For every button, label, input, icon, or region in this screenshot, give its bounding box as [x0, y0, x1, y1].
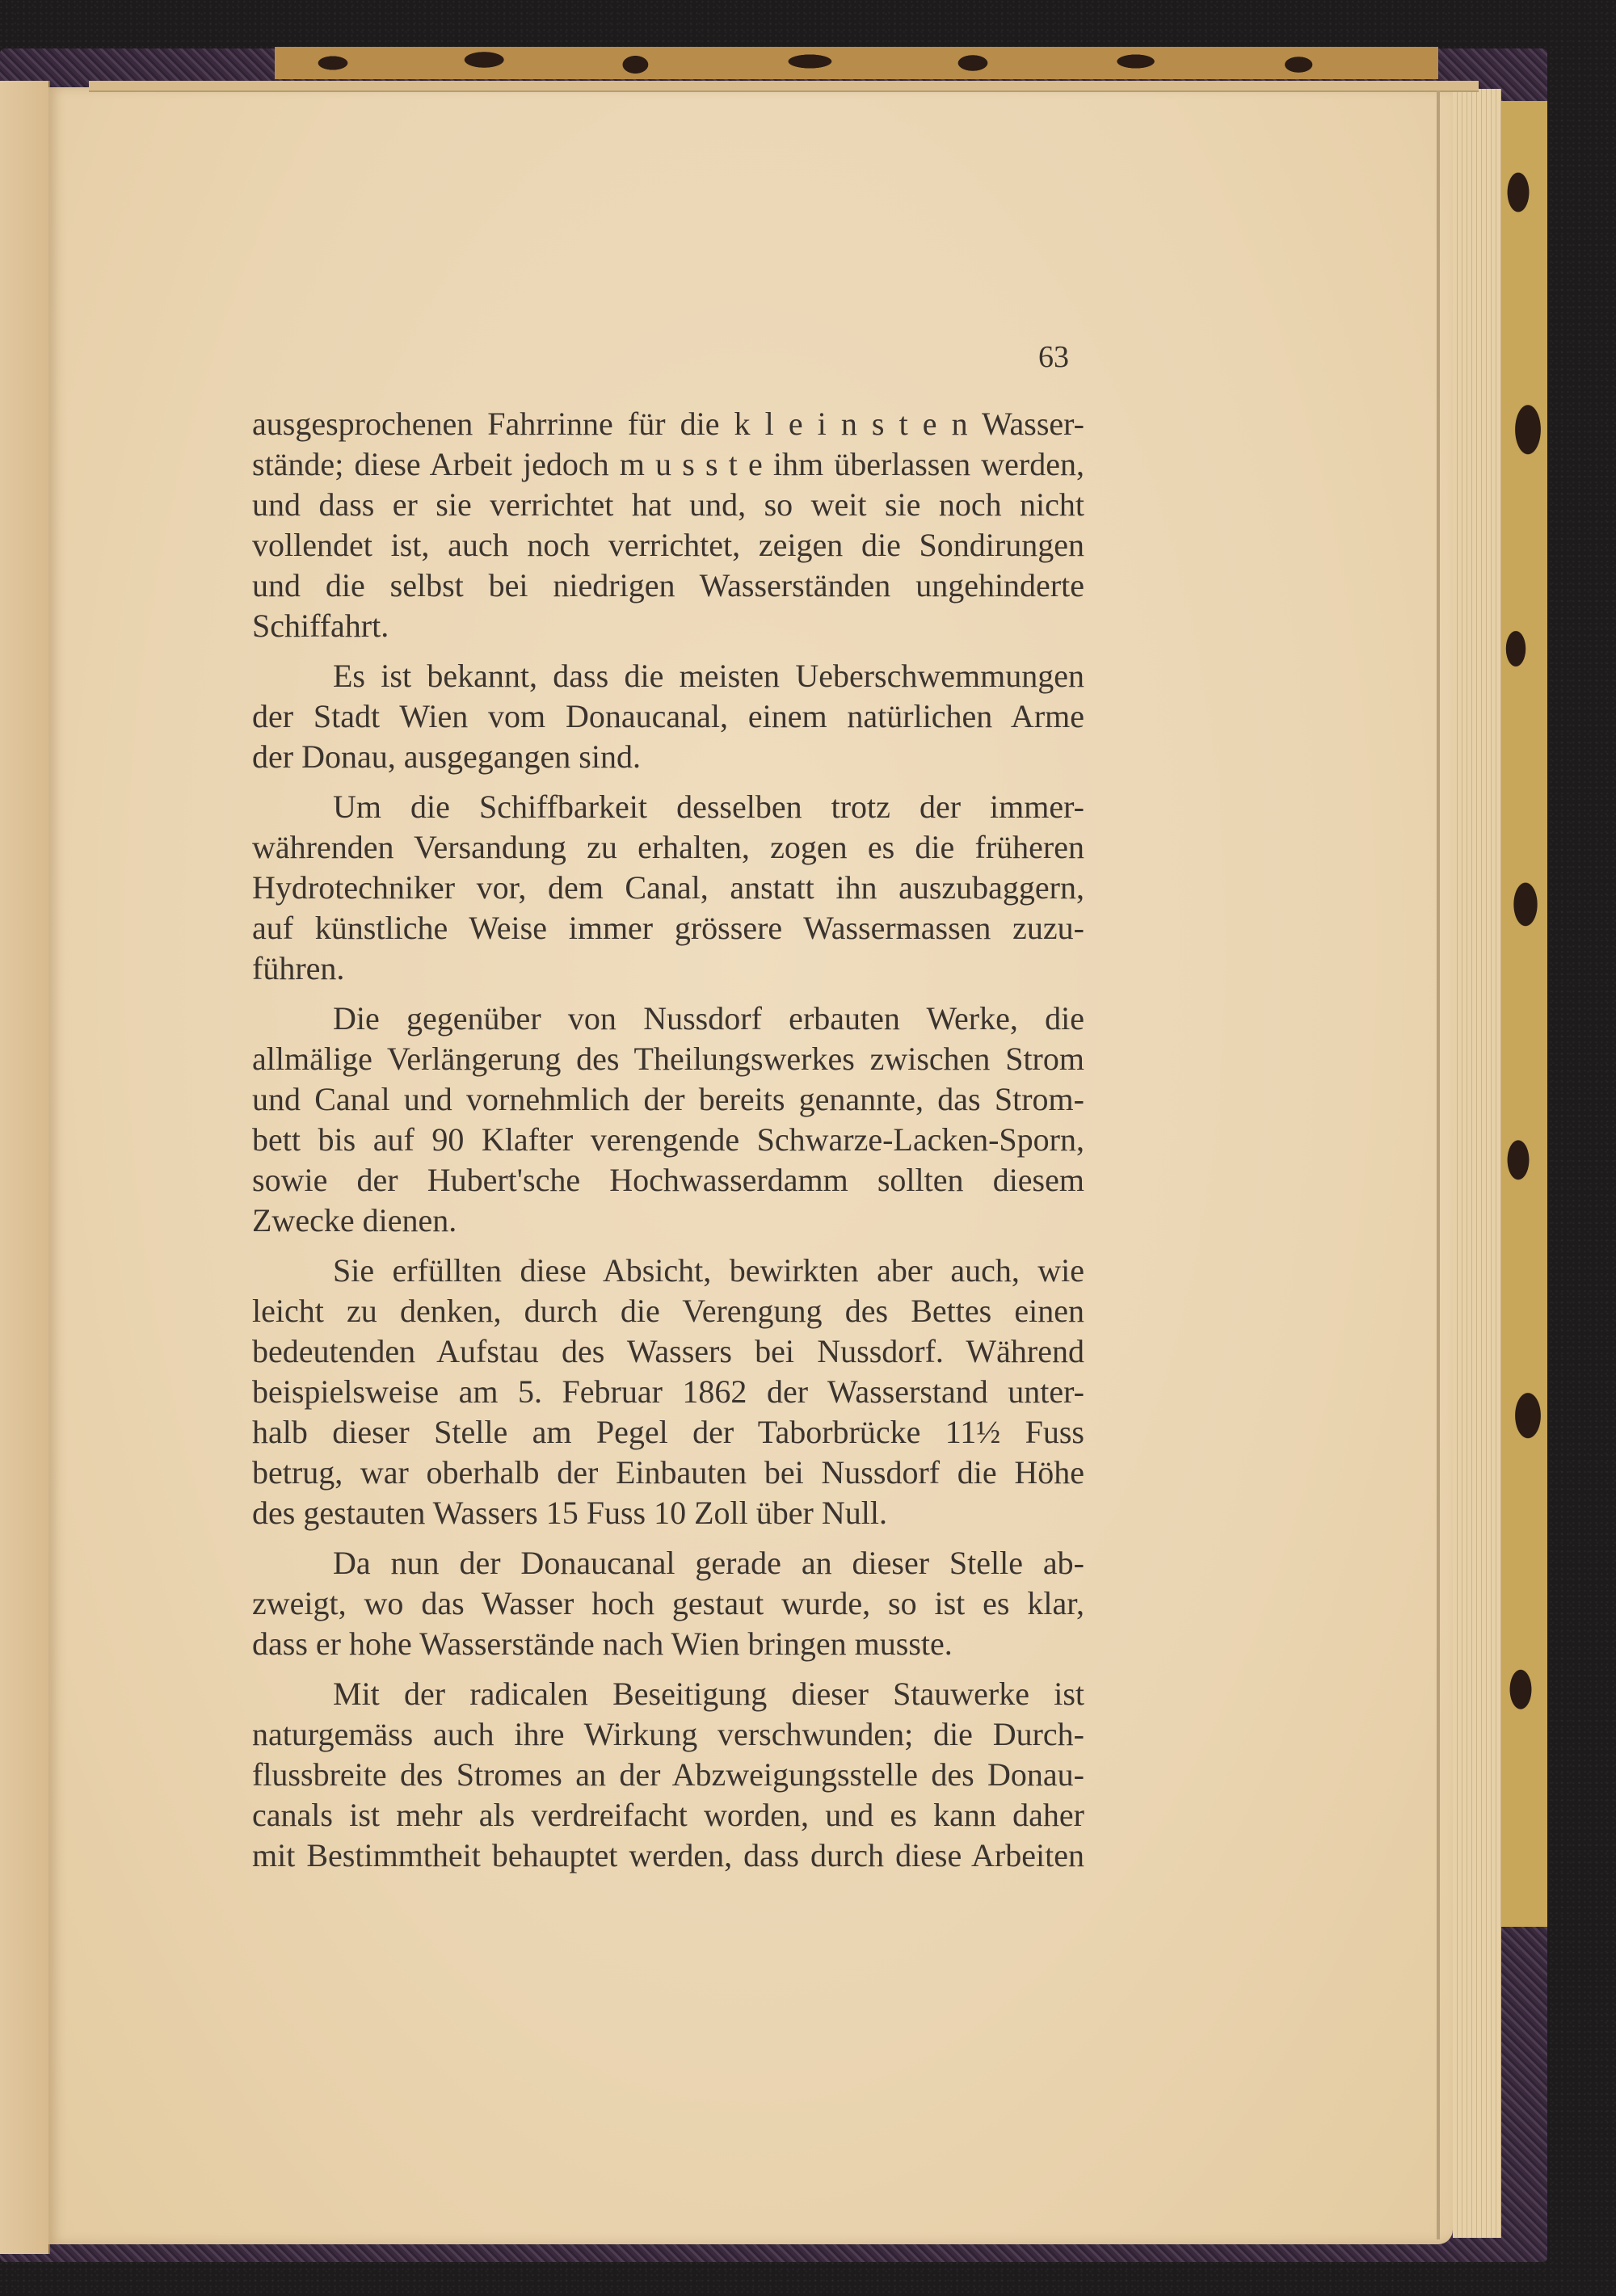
text-line: Die gegenüber von Nussdorf erbauten Werk…: [252, 999, 1084, 1039]
text-line: bedeutenden Aufstau des Wassers bei Nuss…: [252, 1331, 1084, 1372]
text-line: Um die Schiffbarkeit desselben trotz der…: [252, 787, 1084, 827]
paragraph-7: Mit der radicalen Beseitigung dieser Sta…: [252, 1674, 1084, 1876]
paragraph-2: Es ist bekannt, dass die meisten Uebersc…: [252, 656, 1084, 777]
text-line: halb dieser Stelle am Pegel der Taborbrü…: [252, 1412, 1084, 1453]
page-edge-rule: [1437, 90, 1440, 2239]
text-line: der Stadt Wien vom Donaucanal, einem nat…: [252, 696, 1084, 737]
body-text: ausgesprochenen Fahrrinne für die k l e …: [252, 404, 1084, 1886]
text-line: vollendet ist, auch noch verrichtet, zei…: [252, 525, 1084, 566]
page-stack-edges: [1453, 89, 1501, 2238]
text-line: ausgesprochenen Fahrrinne für die k l e …: [252, 404, 1084, 444]
text-line: des gestauten Wassers 15 Fuss 10 Zoll üb…: [252, 1493, 1084, 1533]
text-line: beispielsweise am 5. Februar 1862 der Wa…: [252, 1372, 1084, 1412]
text-line: auf künstliche Weise immer grössere Wass…: [252, 908, 1084, 948]
paragraph-1: ausgesprochenen Fahrrinne für die k l e …: [252, 404, 1084, 646]
text-line: und dass er sie verrichtet hat und, so w…: [252, 485, 1084, 525]
text-line: leicht zu denken, durch die Verengung de…: [252, 1291, 1084, 1331]
text-line: flussbreite des Stromes an der Abzweigun…: [252, 1755, 1084, 1795]
text-line: mit Bestimmtheit behauptet werden, dass …: [252, 1836, 1084, 1876]
text-line: allmälige Verlängerung des Theilungswerk…: [252, 1039, 1084, 1079]
paragraph-4: Die gegenüber von Nussdorf erbauten Werk…: [252, 999, 1084, 1241]
text-line: Schiffahrt.: [252, 606, 1084, 646]
text-line: Da nun der Donaucanal gerade an dieser S…: [252, 1543, 1084, 1583]
text-line: Sie erfüllten diese Absicht, bewirkten a…: [252, 1251, 1084, 1291]
marbled-edge-top: [275, 47, 1438, 79]
page-top-fold: [89, 81, 1479, 92]
text-line: stände; diese Arbeit jedoch m u s s t e …: [252, 444, 1084, 485]
text-line: Hydrotechniker vor, dem Canal, anstatt i…: [252, 868, 1084, 908]
text-line: dass er hohe Wasserstände nach Wien brin…: [252, 1624, 1084, 1664]
left-page-edge: [0, 81, 50, 2254]
text-line: betrug, war oberhalb der Einbauten bei N…: [252, 1453, 1084, 1493]
marbled-edge-right: [1499, 101, 1547, 1927]
text-line: canals ist mehr als verdreifacht worden,…: [252, 1795, 1084, 1836]
paragraph-5: Sie erfüllten diese Absicht, bewirkten a…: [252, 1251, 1084, 1533]
paragraph-3: Um die Schiffbarkeit desselben trotz der…: [252, 787, 1084, 989]
text-line: der Donau, ausgegangen sind.: [252, 737, 1084, 777]
text-line: Mit der radicalen Beseitigung dieser Sta…: [252, 1674, 1084, 1714]
text-line: naturgemäss auch ihre Wirkung verschwund…: [252, 1714, 1084, 1755]
text-line: währenden Versandung zu erhalten, zogen …: [252, 827, 1084, 868]
text-line: zweigt, wo das Wasser hoch gestaut wurde…: [252, 1583, 1084, 1624]
paragraph-6: Da nun der Donaucanal gerade an dieser S…: [252, 1543, 1084, 1664]
text-line: und die selbst bei niedrigen Wasserständ…: [252, 566, 1084, 606]
text-line: führen.: [252, 948, 1084, 989]
text-line: sowie der Hubert'sche Hochwasserdamm sol…: [252, 1160, 1084, 1201]
text-line: Zwecke dienen.: [252, 1201, 1084, 1241]
text-line: bett bis auf 90 Klafter verengende Schwa…: [252, 1120, 1084, 1160]
text-line: Es ist bekannt, dass die meisten Uebersc…: [252, 656, 1084, 696]
text-line: und Canal und vornehmlich der bereits ge…: [252, 1079, 1084, 1120]
page-number: 63: [1038, 339, 1069, 375]
